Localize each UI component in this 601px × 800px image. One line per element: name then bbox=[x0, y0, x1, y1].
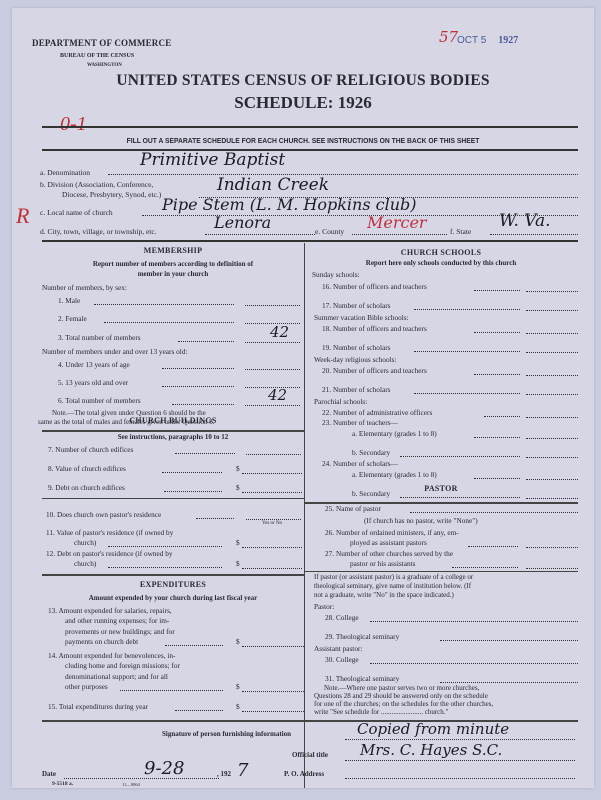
header-rule-bottom bbox=[42, 149, 578, 151]
official-title-value: Mrs. C. Hayes S.C. bbox=[360, 741, 502, 759]
q12-debt-field[interactable] bbox=[242, 559, 302, 569]
q12-label-1: 12. Debt on pastor's residence (if owned… bbox=[46, 549, 173, 558]
q9-leader bbox=[164, 491, 222, 492]
q22-label: 22. Number of administrative officers bbox=[322, 408, 432, 417]
buildings-rule bbox=[42, 574, 304, 576]
form-number: 9-5518 a. bbox=[52, 781, 73, 787]
received-stamp: OCT 51927 bbox=[457, 35, 518, 46]
q23a-field[interactable] bbox=[526, 429, 578, 439]
q13-label-3: provements or new buildings; and for bbox=[65, 627, 175, 636]
city-field[interactable] bbox=[205, 234, 315, 235]
pastor-note-4: write "See schedule for ................… bbox=[314, 708, 448, 717]
po-address-label: P. O. Address bbox=[284, 770, 324, 778]
membership-subtitle-2: member in your church bbox=[42, 270, 304, 278]
q27-label-1: 27. Number of other churches served by t… bbox=[325, 549, 453, 558]
q5-leader bbox=[162, 386, 234, 387]
q8-label: 8. Value of church edifices bbox=[48, 464, 126, 473]
county-field[interactable] bbox=[352, 234, 447, 235]
bureau-name: BUREAU OF THE CENSUS bbox=[60, 53, 134, 59]
q14-label-3: denominational support; and for all bbox=[65, 672, 168, 681]
denomination-label: a. Denomination bbox=[40, 168, 90, 177]
q17-leader bbox=[414, 309, 520, 310]
q7-label: 7. Number of church edifices bbox=[48, 445, 133, 454]
q24a-leader bbox=[474, 478, 520, 479]
state-field[interactable] bbox=[490, 234, 578, 235]
q31-label: 31. Theological seminary bbox=[325, 674, 399, 683]
q25-pastor-name-field[interactable] bbox=[410, 512, 578, 513]
membership-rule bbox=[42, 430, 304, 432]
signature-label: Signature of person furnishing informati… bbox=[162, 730, 291, 738]
q12-leader bbox=[108, 567, 222, 568]
q14-label-1: 14. Amount expended for benevolences, in… bbox=[48, 651, 175, 660]
date-label: Date bbox=[42, 770, 56, 778]
year-suffix: 7 bbox=[237, 760, 248, 781]
expenditures-title: EXPENDITURES bbox=[42, 580, 304, 589]
q11-label-1: 11. Value of pastor's residence (if owne… bbox=[46, 528, 173, 537]
q31-seminary-field[interactable] bbox=[440, 682, 578, 683]
date-field[interactable] bbox=[64, 778, 219, 779]
q17-field[interactable] bbox=[526, 301, 578, 311]
q5-label: 5. 13 years old and over bbox=[58, 378, 128, 387]
q23b-label: b. Secondary bbox=[352, 448, 390, 457]
buildings-title: CHURCH BUILDINGS bbox=[42, 416, 304, 425]
q11-dollar: $ bbox=[236, 538, 240, 547]
q2-label: 2. Female bbox=[58, 314, 87, 323]
local-name-value: Pipe Stem (L. M. Hopkins club) bbox=[162, 195, 417, 214]
q15-leader bbox=[175, 710, 223, 711]
stamp-year: 1927 bbox=[498, 35, 518, 46]
print-number: 11—9064 bbox=[122, 782, 140, 787]
q9-debt-field[interactable] bbox=[242, 483, 302, 493]
q15-total-field[interactable] bbox=[242, 702, 304, 712]
q13-leader bbox=[165, 645, 223, 646]
handwritten-stamp-number: 57 bbox=[439, 28, 458, 46]
q30-label: 30. College bbox=[325, 655, 359, 664]
q13-label-1: 13. Amount expended for salaries, repair… bbox=[48, 606, 172, 615]
state-value: W. Va. bbox=[499, 211, 551, 231]
q14-amount-field[interactable] bbox=[242, 682, 304, 692]
q7-leader bbox=[175, 453, 235, 454]
q7-edifices-field[interactable] bbox=[246, 445, 301, 455]
division-label-1: b. Division (Association, Conference, bbox=[40, 180, 153, 189]
q6-leader bbox=[172, 404, 234, 405]
q1-leader bbox=[94, 304, 234, 305]
q6-total-value: 42 bbox=[268, 386, 287, 404]
q8-leader bbox=[162, 472, 222, 473]
city-value: Lenora bbox=[214, 213, 271, 232]
q21-field[interactable] bbox=[526, 385, 578, 395]
margin-mark: 0-1 bbox=[60, 113, 87, 136]
denomination-value: Primitive Baptist bbox=[140, 150, 285, 170]
q4-leader bbox=[162, 368, 234, 369]
q19-leader bbox=[414, 351, 520, 352]
q10-leader bbox=[196, 518, 234, 519]
q1-male-field[interactable] bbox=[245, 296, 300, 306]
margin-mark-r: R bbox=[16, 203, 29, 229]
q9-label: 9. Debt on church edifices bbox=[48, 483, 125, 492]
q12-dollar: $ bbox=[236, 559, 240, 568]
ident-rule bbox=[42, 240, 578, 242]
schools-title: CHURCH SCHOOLS bbox=[304, 248, 578, 257]
signature-field[interactable] bbox=[345, 739, 575, 740]
graduate-instruction-3: not a graduate, write "No" in the space … bbox=[314, 591, 454, 600]
q28-college-field[interactable] bbox=[370, 621, 578, 622]
q18-field[interactable] bbox=[526, 324, 578, 334]
q14-label-2: cluding home and foreign missions; for bbox=[65, 661, 180, 670]
year-prefix: , 192 bbox=[217, 770, 231, 778]
q2-leader bbox=[104, 322, 234, 323]
summer-schools-label: Summer vacation Bible schools: bbox=[314, 313, 409, 322]
pastor-label: Pastor: bbox=[314, 602, 334, 611]
schools-subtitle: Report here only schools conducted by th… bbox=[304, 259, 578, 267]
city-label: d. City, town, village, or township, etc… bbox=[40, 227, 157, 236]
q26-leader bbox=[468, 546, 518, 547]
official-title-label: Official title bbox=[292, 751, 328, 759]
q19-label: 19. Number of scholars bbox=[322, 343, 391, 352]
q29-seminary-field[interactable] bbox=[440, 640, 578, 641]
membership-subtitle-1: Report number of members according to de… bbox=[42, 260, 304, 268]
q9-dollar: $ bbox=[236, 483, 240, 492]
q6-label: 6. Total number of members bbox=[58, 396, 141, 405]
q22-leader bbox=[484, 416, 520, 417]
q27-leader bbox=[452, 567, 518, 568]
yes-no-hint: Yes or No bbox=[262, 521, 282, 526]
county-value: Mercer bbox=[367, 213, 427, 232]
local-name-label: c. Local name of church bbox=[40, 208, 113, 217]
q24-label: 24. Number of scholars— bbox=[322, 459, 398, 468]
q21-label: 21. Number of scholars bbox=[322, 385, 391, 394]
q8-dollar: $ bbox=[236, 464, 240, 473]
q3-total-value: 42 bbox=[270, 323, 289, 341]
q26-field[interactable] bbox=[526, 538, 578, 548]
form-subtitle: SCHEDULE: 1926 bbox=[12, 93, 594, 113]
q24a-field[interactable] bbox=[526, 470, 578, 480]
q3-leader bbox=[178, 341, 234, 342]
membership-title: MEMBERSHIP bbox=[42, 246, 304, 255]
official-title-field[interactable] bbox=[345, 760, 575, 761]
division-value: Indian Creek bbox=[217, 175, 329, 195]
form-title: UNITED STATES CENSUS OF RELIGIOUS BODIES bbox=[12, 72, 594, 90]
location: WASHINGTON bbox=[87, 63, 122, 68]
q15-label: 15. Total expenditures during year bbox=[48, 702, 148, 711]
q3-label: 3. Total number of members bbox=[58, 333, 141, 342]
q16-leader bbox=[474, 290, 520, 291]
date-value: 9-28 bbox=[144, 758, 184, 779]
q8-value-field[interactable] bbox=[242, 464, 302, 474]
q13-label-4: payments on church debt bbox=[65, 637, 138, 646]
q20-leader bbox=[474, 374, 520, 375]
q21-leader bbox=[414, 393, 520, 394]
q28-label: 28. College bbox=[325, 613, 359, 622]
denomination-field[interactable] bbox=[108, 174, 578, 175]
fill-out-instruction: FILL OUT A SEPARATE SCHEDULE FOR EACH CH… bbox=[41, 136, 565, 145]
q14-dollar: $ bbox=[236, 682, 240, 691]
expenditures-subtitle: Amount expended by your church during la… bbox=[42, 594, 304, 602]
buildings-mid-rule bbox=[42, 498, 304, 499]
q13-amount-field[interactable] bbox=[242, 637, 304, 647]
q23a-label: a. Elementary (grades 1 to 8) bbox=[352, 429, 437, 438]
q13-label-2: and other running expenses; for im- bbox=[65, 616, 169, 625]
po-address-field[interactable] bbox=[345, 778, 575, 779]
q10-label: 10. Does church own pastor's residence bbox=[46, 510, 161, 519]
q4-under13-field[interactable] bbox=[245, 360, 300, 370]
q27-field[interactable] bbox=[526, 559, 578, 569]
q23b-field[interactable] bbox=[526, 448, 578, 458]
members-by-age-label: Number of members under and over 13 year… bbox=[42, 347, 188, 356]
stamp-date: OCT 5 bbox=[457, 35, 486, 46]
division-label-2: Diocese, Presbytery, Synod, etc.) bbox=[62, 190, 161, 199]
county-label: e. County bbox=[315, 227, 344, 236]
q26-label-1: 26. Number of ordained ministers, if any… bbox=[325, 528, 459, 537]
q25-note: (If church has no pastor, write "None") bbox=[364, 516, 478, 525]
q15-dollar: $ bbox=[236, 702, 240, 711]
q23-label: 23. Number of teachers— bbox=[322, 418, 398, 427]
members-by-sex-label: Number of members, by sex: bbox=[42, 283, 127, 292]
sunday-schools-label: Sunday schools: bbox=[312, 270, 360, 279]
q25-label: 25. Name of pastor bbox=[325, 504, 381, 513]
census-schedule-sheet: DEPARTMENT OF COMMERCE BUREAU OF THE CEN… bbox=[12, 8, 594, 788]
q12-label-2: church) bbox=[74, 559, 96, 568]
q24b-leader bbox=[400, 497, 520, 498]
q14-leader bbox=[120, 690, 223, 691]
q24a-label: a. Elementary (grades 1 to 8) bbox=[352, 470, 437, 479]
q13-dollar: $ bbox=[236, 637, 240, 646]
q20-field[interactable] bbox=[526, 366, 578, 376]
state-label: f. State bbox=[450, 227, 471, 236]
q11-label-2: church) bbox=[74, 538, 96, 547]
q29-label: 29. Theological seminary bbox=[325, 632, 399, 641]
pastor-title-wrap: PASTOR bbox=[304, 484, 578, 493]
q23b-leader bbox=[400, 456, 520, 457]
q4-label: 4. Under 13 years of age bbox=[58, 360, 130, 369]
q18-leader bbox=[474, 332, 520, 333]
department-name: DEPARTMENT OF COMMERCE bbox=[32, 38, 171, 48]
parochial-schools-label: Parochial schools: bbox=[314, 397, 367, 406]
signature-value: Copied from minute bbox=[357, 720, 509, 738]
q30-college-field[interactable] bbox=[370, 663, 578, 664]
pastor-title: PASTOR bbox=[424, 484, 458, 493]
q14-label-4: other purposes bbox=[65, 682, 108, 691]
q22-field[interactable] bbox=[526, 408, 578, 418]
q1-label: 1. Male bbox=[58, 296, 80, 305]
q16-label: 16. Number of officers and teachers bbox=[322, 282, 427, 291]
pastor-mid-rule bbox=[304, 571, 578, 572]
q26-label-2: ployed as assistant pastors bbox=[350, 538, 427, 547]
q23a-leader bbox=[474, 437, 520, 438]
header-rule-top bbox=[42, 126, 578, 128]
q18-label: 18. Number of officers and teachers bbox=[322, 324, 427, 333]
graduate-instruction-2: theological seminary, give name of insti… bbox=[314, 582, 471, 591]
q19-field[interactable] bbox=[526, 343, 578, 353]
weekday-schools-label: Week-day religious schools: bbox=[314, 355, 397, 364]
graduate-instruction-1: If pastor (or assistant pastor) is a gra… bbox=[314, 573, 473, 582]
q17-label: 17. Number of scholars bbox=[322, 301, 391, 310]
assistant-pastor-label: Assistant pastor: bbox=[314, 644, 362, 653]
q27-label-2: pastor or his assistants bbox=[350, 559, 415, 568]
q11-value-field[interactable] bbox=[242, 538, 302, 548]
q11-leader bbox=[108, 546, 222, 547]
buildings-subtitle: See instructions, paragraphs 10 to 12 bbox=[42, 433, 304, 441]
buildings-title-text: CHURCH BUILDINGS bbox=[129, 416, 216, 425]
q20-label: 20. Number of officers and teachers bbox=[322, 366, 427, 375]
column-divider bbox=[304, 243, 305, 788]
q10-yes-no-field[interactable] bbox=[246, 510, 301, 520]
q16-field[interactable] bbox=[526, 282, 578, 292]
